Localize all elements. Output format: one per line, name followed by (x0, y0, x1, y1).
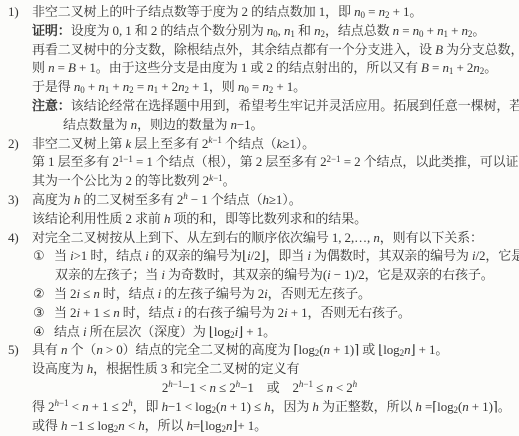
document-page: 1)非空二叉树上的叶子结点数等于度为 2 的结点数加 1，即 n0 = n2 +… (0, 0, 519, 435)
doc-line: ③当 2i + 1 ≤ n 时，结点 i 的右孩子编号为 2i + 1，否则无右… (0, 304, 519, 323)
doc-line: 2)非空二叉树上第 k 层上至多有 2k−1 个结点（k≥1）。 (0, 135, 519, 154)
doc-line: 第 1 层至多有 21−1 = 1 个结点（根），第 2 层至多有 22−1 =… (0, 153, 519, 172)
doc-line: 5)具有 n 个（n > 0）结点的完全二叉树的高度为 ⌈log2(n + 1)… (0, 341, 519, 360)
doc-line-text: 高度为 h 的二叉树至多有 2h − 1 个结点（h≥1）。 (32, 192, 302, 207)
item-marker: ② (33, 285, 54, 304)
item-marker: ① (33, 247, 54, 266)
doc-line-text: 证明：设度为 0, 1 和 2 的结点个数分别为 n0, n1 和 n2，结点总… (32, 23, 485, 38)
doc-line: ④结点 i 所在层次（深度）为 ⌊log2i⌋ + 1。 (0, 323, 519, 342)
doc-line-text: 对完全二叉树按从上到下、从左到右的顺序依次编号 1, 2,…, n，则有以下关系… (32, 230, 483, 245)
doc-line-text: 第 1 层至多有 21−1 = 1 个结点（根），第 2 层至多有 22−1 =… (32, 154, 519, 169)
doc-line: 证明：设度为 0, 1 和 2 的结点个数分别为 n0, n1 和 n2，结点总… (0, 22, 519, 41)
doc-line-text: 非空二叉树上第 k 层上至多有 2k−1 个结点（k≥1）。 (32, 136, 315, 151)
doc-line: 或得 h −1 ≤ log2n < h，所以 h=⌊log2n⌋+ 1。 (0, 417, 519, 436)
doc-line: 得 2h−1 < n + 1 ≤ 2h，即 h−1 < log2(n + 1) … (0, 398, 519, 417)
doc-line: ②当 2i ≤ n 时，结点 i 的左孩子编号为 2i，否则无左孩子。 (0, 285, 519, 304)
doc-line-text: 则 n = B + 1。由于这些分支是由度为 1 或 2 的结点射出的，所以又有… (32, 60, 497, 75)
item-marker: ③ (33, 304, 54, 323)
doc-line-text: 当 2i + 1 ≤ n 时，结点 i 的右孩子编号为 2i + 1，否则无右孩… (54, 305, 411, 320)
doc-line-text: 设高度为 h，根据性质 3 和完全二叉树的定义有 (32, 361, 299, 376)
doc-line-text: 其为一个公比为 2 的等比数列 2k−1。 (32, 173, 236, 188)
item-marker: 2) (8, 135, 32, 154)
doc-line: 双亲的左孩子；当 i 为奇数时，其双亲的编号为(i − 1)/2，它是双亲的右孩… (0, 266, 519, 285)
doc-line-text: 再看二叉树中的分支数，除根结点外，其余结点都有一个分支进入，设 B 为分支总数， (32, 42, 519, 57)
doc-line: 2h−1−1 < n ≤ 2h−1 或 2h−1 ≤ n < 2h (0, 379, 519, 398)
doc-line: 结点数量为 n，则边的数量为 n−1。 (0, 116, 519, 135)
doc-line-text: 于是得 n0 + n1 + n2 = n1 + 2n2 + 1，则 n0 = n… (32, 79, 306, 94)
item-marker: 1) (8, 3, 32, 22)
doc-line: 则 n = B + 1。由于这些分支是由度为 1 或 2 的结点射出的，所以又有… (0, 59, 519, 78)
item-marker: 4) (8, 229, 32, 248)
doc-line-text: 或得 h −1 ≤ log2n < h，所以 h=⌊log2n⌋+ 1。 (32, 418, 267, 433)
doc-line: 1)非空二叉树上的叶子结点数等于度为 2 的结点数加 1，即 n0 = n2 +… (0, 3, 519, 22)
item-marker: 5) (8, 341, 32, 360)
doc-line: 设高度为 h，根据性质 3 和完全二叉树的定义有 (0, 360, 519, 379)
doc-line: 再看二叉树中的分支数，除根结点外，其余结点都有一个分支进入，设 B 为分支总数， (0, 41, 519, 60)
doc-line: 4)对完全二叉树按从上到下、从左到右的顺序依次编号 1, 2,…, n，则有以下… (0, 229, 519, 248)
doc-line: 3)高度为 h 的二叉树至多有 2h − 1 个结点（h≥1）。 (0, 191, 519, 210)
doc-line: 该结论利用性质 2 求前 h 项的和，即等比数列求和的结果。 (0, 210, 519, 229)
doc-line-text: 注意：该结论经常在选择题中用到，希望考生牢记并灵活应用。拓展到任意一棵树，若 (32, 98, 519, 113)
doc-line: 注意：该结论经常在选择题中用到，希望考生牢记并灵活应用。拓展到任意一棵树，若 (0, 97, 519, 116)
doc-line-text: 当 2i ≤ n 时，结点 i 的左孩子编号为 2i，否则无左孩子。 (54, 286, 371, 301)
doc-line-text: 结点 i 所在层次（深度）为 ⌊log2i⌋ + 1。 (54, 324, 276, 339)
doc-line: 于是得 n0 + n1 + n2 = n1 + 2n2 + 1，则 n0 = n… (0, 78, 519, 97)
doc-line: 其为一个公比为 2 的等比数列 2k−1。 (0, 172, 519, 191)
doc-line: ①当 i>1 时，结点 i 的双亲的编号为⌊i/2⌋，即当 i 为偶数时，其双亲… (0, 247, 519, 266)
doc-line-text: 非空二叉树上的叶子结点数等于度为 2 的结点数加 1，即 n0 = n2 + 1… (32, 4, 422, 19)
doc-line-text: 结点数量为 n，则边的数量为 n−1。 (63, 117, 263, 132)
doc-line-text: 具有 n 个（n > 0）结点的完全二叉树的高度为 ⌈log2(n + 1)⌉ … (32, 342, 448, 357)
doc-line-text: 2h−1−1 < n ≤ 2h−1 或 2h−1 ≤ n < 2h (162, 380, 357, 395)
doc-line-text: 双亲的左孩子；当 i 为奇数时，其双亲的编号为(i − 1)/2，它是双亲的右孩… (55, 267, 494, 282)
item-marker: 3) (8, 191, 32, 210)
doc-line-text: 得 2h−1 < n + 1 ≤ 2h，即 h−1 < log2(n + 1) … (32, 399, 511, 414)
doc-line-text: 该结论利用性质 2 求前 h 项的和，即等比数列求和的结果。 (32, 211, 367, 226)
doc-line-text: 当 i>1 时，结点 i 的双亲的编号为⌊i/2⌋，即当 i 为偶数时，其双亲的… (54, 248, 519, 263)
item-marker: ④ (33, 323, 54, 342)
